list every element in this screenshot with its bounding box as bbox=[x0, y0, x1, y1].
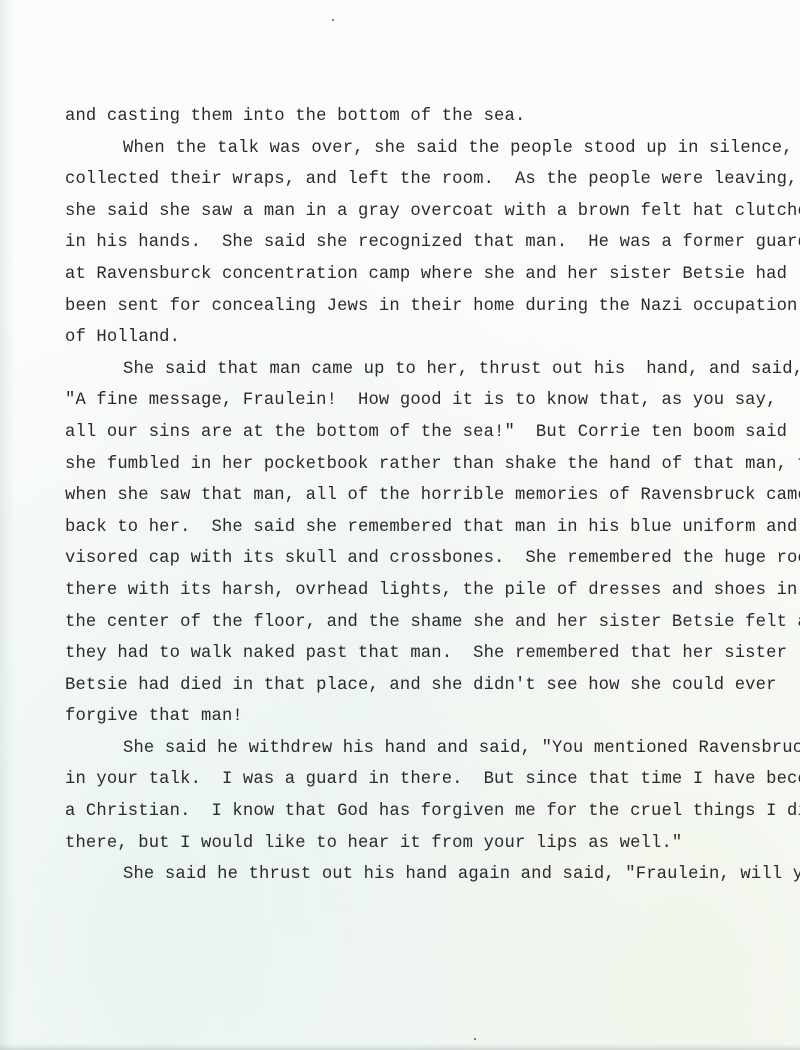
text-line: in your talk. I was a guard in there. Bu… bbox=[65, 764, 785, 796]
text-line: a Christian. I know that God has forgive… bbox=[65, 796, 785, 828]
text-line: She said he withdrew his hand and said, … bbox=[65, 733, 785, 765]
text-line: all our sins are at the bottom of the se… bbox=[65, 417, 785, 449]
text-line: She said that man came up to her, thrust… bbox=[65, 354, 785, 386]
typewritten-page: and casting them into the bottom of the … bbox=[0, 0, 800, 1050]
text-line: she said she saw a man in a gray overcoa… bbox=[65, 196, 785, 228]
text-line: "A fine message, Fraulein! How good it i… bbox=[65, 385, 785, 417]
text-line: forgive that man! bbox=[65, 701, 785, 733]
text-line: collected their wraps, and left the room… bbox=[65, 164, 785, 196]
text-line: there with its harsh, ovrhead lights, th… bbox=[65, 575, 785, 607]
text-line: they had to walk naked past that man. Sh… bbox=[65, 638, 785, 670]
text-line: When the talk was over, she said the peo… bbox=[65, 133, 785, 165]
text-line: when she saw that man, all of the horrib… bbox=[65, 480, 785, 512]
ink-speck bbox=[332, 19, 334, 21]
paragraph: She said he withdrew his hand and said, … bbox=[65, 733, 785, 859]
text-line: and casting them into the bottom of the … bbox=[65, 101, 785, 133]
ink-speck bbox=[474, 1038, 476, 1040]
text-line: back to her. She said she remembered tha… bbox=[65, 512, 785, 544]
text-line: she fumbled in her pocketbook rather tha… bbox=[65, 449, 785, 481]
text-line: visored cap with its skull and crossbone… bbox=[65, 543, 785, 575]
text-line: in his hands. She said she recognized th… bbox=[65, 227, 785, 259]
paragraph: She said he thrust out his hand again an… bbox=[65, 859, 785, 891]
text-line: at Ravensburck concentration camp where … bbox=[65, 259, 785, 291]
paragraph: When the talk was over, she said the peo… bbox=[65, 133, 785, 354]
text-line: of Holland. bbox=[65, 322, 785, 354]
text-line: Betsie had died in that place, and she d… bbox=[65, 670, 785, 702]
paragraph: She said that man came up to her, thrust… bbox=[65, 354, 785, 733]
text-line: She said he thrust out his hand again an… bbox=[65, 859, 785, 891]
page-body-text: and casting them into the bottom of the … bbox=[65, 101, 785, 891]
paragraph: and casting them into the bottom of the … bbox=[65, 101, 785, 133]
text-line: been sent for concealing Jews in their h… bbox=[65, 291, 785, 323]
text-line: there, but I would like to hear it from … bbox=[65, 828, 785, 860]
text-line: the center of the floor, and the shame s… bbox=[65, 607, 785, 639]
